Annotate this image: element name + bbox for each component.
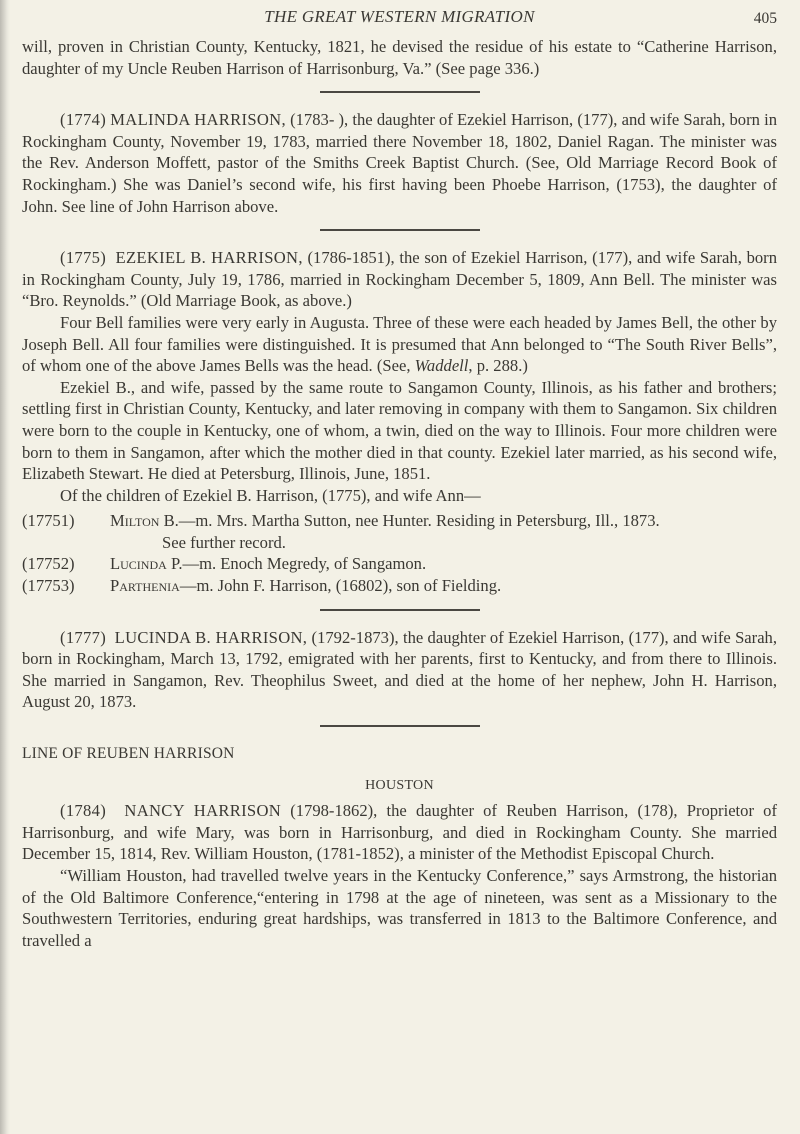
citation-source: Waddell <box>415 356 469 375</box>
entry-id: (1777) <box>60 628 106 647</box>
child-id: (17751) <box>22 510 110 532</box>
entry-id: (1774) <box>60 110 106 129</box>
child-id: (17753) <box>22 575 110 597</box>
houston-quote-paragraph: “William Houston, had travelled twelve y… <box>22 865 777 951</box>
running-header: THE GREAT WESTERN MIGRATION 405 <box>22 4 777 36</box>
section-divider <box>320 91 480 93</box>
bell-families-paragraph: Four Bell families were very early in Au… <box>22 312 777 377</box>
entry-1784: (1784) NANCY HARRISON (1798-1862), the d… <box>22 800 777 865</box>
opening-paragraph: will, proven in Christian County, Kentuc… <box>22 36 777 79</box>
child-name: Parthenia <box>110 576 180 595</box>
paragraph-text: Four Bell families were very early in Au… <box>22 313 777 375</box>
section-heading: LINE OF REUBEN HARRISON <box>22 743 777 765</box>
entry-1777: (1777) LUCINDA B. HARRISON, (1792-1873),… <box>22 627 777 713</box>
child-item: (17753) Parthenia—m. John F. Harrison, (… <box>22 575 777 597</box>
entry-1775: (1775) EZEKIEL B. HARRISON, (1786-1851),… <box>22 247 777 312</box>
entry-name: LUCINDA B. HARRISON, <box>115 628 308 647</box>
migration-paragraph: Ezekiel B., and wife, passed by the same… <box>22 377 777 485</box>
page-number: 405 <box>754 8 777 30</box>
child-name: Milton B. <box>110 511 179 530</box>
children-list: (17751) Milton B.—m. Mrs. Martha Sutton,… <box>22 510 777 596</box>
child-name: Lucinda P. <box>110 554 183 573</box>
entry-name: NANCY HARRISON <box>124 801 281 820</box>
entry-1774: (1774) MALINDA HARRISON, (1783- ), the d… <box>22 109 777 217</box>
child-note: See further record. <box>110 532 777 554</box>
citation-page: , p. 288.) <box>468 356 527 375</box>
child-item: (17752) Lucinda P.—m. Enoch Megredy, of … <box>22 553 777 575</box>
child-item: (17751) Milton B.—m. Mrs. Martha Sutton,… <box>22 510 777 553</box>
children-intro: Of the children of Ezekiel B. Harrison, … <box>22 485 777 507</box>
entry-name: EZEKIEL B. HARRISON, <box>116 248 303 267</box>
running-title: THE GREAT WESTERN MIGRATION <box>22 6 777 28</box>
child-text: —m. Mrs. Martha Sutton, nee Hunter. Resi… <box>179 511 660 530</box>
entry-id: (1775) <box>60 248 106 267</box>
page-binding-edge <box>0 0 10 1134</box>
book-page: THE GREAT WESTERN MIGRATION 405 will, pr… <box>22 0 777 951</box>
section-divider <box>320 229 480 231</box>
entry-name: MALINDA HARRISON, <box>110 110 286 129</box>
section-divider <box>320 609 480 611</box>
section-divider <box>320 725 480 727</box>
section-subheading: HOUSTON <box>22 775 777 797</box>
child-text: —m. John F. Harrison, (16802), son of Fi… <box>180 576 501 595</box>
child-text: —m. Enoch Megredy, of Sangamon. <box>183 554 427 573</box>
child-id: (17752) <box>22 553 110 575</box>
entry-id: (1784) <box>60 801 106 820</box>
